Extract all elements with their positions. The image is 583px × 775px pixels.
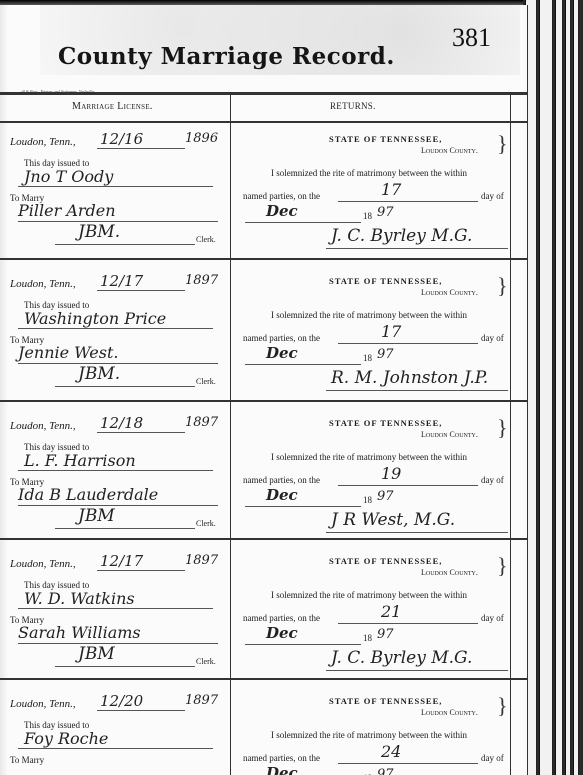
year-prefix: 18 bbox=[363, 353, 372, 363]
return-year: 97 bbox=[377, 205, 394, 220]
license-year: 1897 bbox=[185, 415, 218, 430]
groom-name: Foy Roche bbox=[24, 729, 108, 748]
groom-name: Washington Price bbox=[24, 309, 166, 328]
license-place: Loudon, Tenn., bbox=[10, 420, 76, 432]
officiant-signature: J R West, M.G. bbox=[331, 510, 455, 530]
license-section: Loudon, Tenn., 12/16 1896 This day issue… bbox=[0, 118, 230, 258]
marriage-record: Loudon, Tenn., 12/17 1897 This day issue… bbox=[0, 260, 510, 400]
clerk-label: Clerk. bbox=[196, 657, 216, 666]
state-label: STATE OF TENNESSEE, bbox=[329, 276, 442, 286]
page-title: County Marriage Record. bbox=[58, 43, 395, 70]
marriage-record: Loudon, Tenn., 12/18 1897 This day issue… bbox=[0, 402, 510, 538]
officiant-signature: R. M. Johnston J.P. bbox=[331, 368, 488, 388]
returns-section: STATE OF TENNESSEE, Loudon County. } I s… bbox=[231, 402, 510, 538]
return-year: 97 bbox=[377, 627, 394, 642]
license-date: 12/18 bbox=[100, 414, 143, 432]
groom-name: W. D. Watkins bbox=[24, 589, 135, 608]
clerk-line bbox=[55, 666, 195, 667]
return-day: 21 bbox=[381, 602, 401, 621]
page-edge bbox=[539, 0, 553, 775]
month-line bbox=[245, 222, 361, 223]
return-day: 24 bbox=[381, 742, 401, 761]
state-label: STATE OF TENNESSEE, bbox=[329, 696, 442, 706]
license-year: 1897 bbox=[185, 693, 218, 708]
bride-line bbox=[18, 505, 218, 506]
named-parties-text: named parties, on the bbox=[243, 191, 320, 201]
right-margin-divider bbox=[510, 93, 511, 775]
record-page: County Marriage Record. 381 ...all & Bro… bbox=[0, 5, 528, 775]
brace-glyph: } bbox=[497, 131, 508, 157]
returns-section: STATE OF TENNESSEE, Loudon County. } I s… bbox=[231, 540, 510, 678]
groom-name: Jno T Oody bbox=[24, 167, 113, 186]
brace-glyph: } bbox=[497, 553, 508, 579]
license-place: Loudon, Tenn., bbox=[10, 278, 76, 290]
month-line bbox=[245, 364, 361, 365]
day-of-text: day of bbox=[481, 613, 504, 623]
bride-name: Piller Arden bbox=[18, 201, 116, 220]
county-label: Loudon County. bbox=[421, 146, 478, 155]
solemnized-text: I solemnized the rite of matrimony betwe… bbox=[271, 168, 467, 178]
brace-glyph: } bbox=[497, 415, 508, 441]
to-marry-label: To Marry bbox=[10, 755, 44, 765]
solemnized-text: I solemnized the rite of matrimony betwe… bbox=[271, 590, 467, 600]
named-parties-text: named parties, on the bbox=[243, 613, 320, 623]
state-label: STATE OF TENNESSEE, bbox=[329, 418, 442, 428]
signature-line bbox=[326, 670, 508, 671]
return-year: 97 bbox=[377, 347, 394, 362]
groom-line bbox=[18, 608, 213, 609]
year-prefix: 18 bbox=[363, 211, 372, 221]
returns-section: STATE OF TENNESSEE, Loudon County. } I s… bbox=[231, 260, 510, 400]
clerk-label: Clerk. bbox=[196, 377, 216, 386]
month-line bbox=[245, 644, 361, 645]
bride-name: Ida B Lauderdale bbox=[18, 485, 158, 504]
clerk-signature: JBM. bbox=[78, 364, 120, 384]
clerk-line bbox=[55, 528, 195, 529]
named-parties-text: named parties, on the bbox=[243, 333, 320, 343]
license-date: 12/17 bbox=[100, 272, 143, 290]
day-line bbox=[338, 763, 478, 764]
groom-line bbox=[18, 748, 213, 749]
return-day: 17 bbox=[381, 322, 401, 341]
solemnized-text: I solemnized the rite of matrimony betwe… bbox=[271, 310, 467, 320]
year-prefix: 18 bbox=[363, 495, 372, 505]
signature-line bbox=[326, 532, 508, 533]
marriage-record: Loudon, Tenn., 12/16 1896 This day issue… bbox=[0, 118, 510, 258]
return-month: Dec bbox=[266, 344, 298, 362]
license-date: 12/17 bbox=[100, 552, 143, 570]
marriage-record: Loudon, Tenn., 12/20 1897 This day issue… bbox=[0, 680, 510, 775]
clerk-signature: JBM. bbox=[78, 222, 120, 242]
license-place: Loudon, Tenn., bbox=[10, 698, 76, 710]
license-place: Loudon, Tenn., bbox=[10, 558, 76, 570]
day-line bbox=[338, 343, 478, 344]
returns-section: STATE OF TENNESSEE, Loudon County. } I s… bbox=[231, 680, 510, 775]
license-year: 1896 bbox=[185, 131, 218, 146]
month-line bbox=[245, 506, 361, 507]
column-header-returns: RETURNS. bbox=[330, 101, 376, 111]
day-of-text: day of bbox=[481, 753, 504, 763]
date-line bbox=[97, 570, 185, 571]
county-label: Loudon County. bbox=[421, 568, 478, 577]
return-month: Dec. bbox=[266, 764, 303, 775]
date-line bbox=[97, 432, 185, 433]
page-edge bbox=[573, 0, 579, 775]
license-date: 12/20 bbox=[100, 692, 143, 710]
return-year: 97 bbox=[377, 489, 394, 504]
county-label: Loudon County. bbox=[421, 288, 478, 297]
named-parties-text: named parties, on the bbox=[243, 475, 320, 485]
license-date: 12/16 bbox=[100, 130, 143, 148]
license-section: Loudon, Tenn., 12/20 1897 This day issue… bbox=[0, 680, 230, 775]
brace-glyph: } bbox=[497, 273, 508, 299]
year-prefix: 18 bbox=[363, 633, 372, 643]
clerk-signature: JBM bbox=[78, 506, 115, 526]
return-month: Dec bbox=[266, 202, 298, 220]
day-of-text: day of bbox=[481, 191, 504, 201]
page-edge bbox=[555, 0, 563, 775]
brace-glyph: } bbox=[497, 693, 508, 719]
groom-line bbox=[18, 186, 213, 187]
day-line bbox=[338, 623, 478, 624]
solemnized-text: I solemnized the rite of matrimony betwe… bbox=[271, 452, 467, 462]
clerk-label: Clerk. bbox=[196, 519, 216, 528]
groom-line bbox=[18, 328, 213, 329]
signature-line bbox=[326, 248, 508, 249]
groom-line bbox=[18, 470, 213, 471]
marriage-record: Loudon, Tenn., 12/17 1897 This day issue… bbox=[0, 540, 510, 678]
return-day: 17 bbox=[381, 180, 401, 199]
day-line bbox=[338, 201, 478, 202]
officiant-signature: J. C. Byrley M.G. bbox=[331, 226, 472, 246]
clerk-line bbox=[55, 386, 195, 387]
bride-name: Sarah Williams bbox=[18, 623, 141, 642]
day-of-text: day of bbox=[481, 475, 504, 485]
return-year: 97 bbox=[377, 767, 394, 775]
solemnized-text: I solemnized the rite of matrimony betwe… bbox=[271, 730, 467, 740]
bride-name: Jennie West. bbox=[18, 343, 119, 362]
bride-line bbox=[18, 643, 218, 644]
header-rule bbox=[0, 92, 527, 95]
column-header-license: Marriage License. bbox=[72, 101, 153, 112]
clerk-signature: JBM bbox=[78, 644, 115, 664]
return-day: 19 bbox=[381, 464, 401, 483]
license-section: Loudon, Tenn., 12/17 1897 This day issue… bbox=[0, 260, 230, 400]
groom-name: L. F. Harrison bbox=[24, 451, 136, 470]
return-month: Dec bbox=[266, 486, 298, 504]
page-stack-edges bbox=[523, 0, 583, 775]
page-number: 381 bbox=[452, 23, 491, 53]
page-edge bbox=[565, 0, 571, 775]
state-label: STATE OF TENNESSEE, bbox=[329, 134, 442, 144]
license-place: Loudon, Tenn., bbox=[10, 136, 76, 148]
state-label: STATE OF TENNESSEE, bbox=[329, 556, 442, 566]
clerk-label: Clerk. bbox=[196, 235, 216, 244]
day-line bbox=[338, 485, 478, 486]
county-label: Loudon County. bbox=[421, 708, 478, 717]
date-line bbox=[97, 710, 185, 711]
date-line bbox=[97, 290, 185, 291]
signature-line bbox=[326, 390, 508, 391]
license-section: Loudon, Tenn., 12/17 1897 This day issue… bbox=[0, 540, 230, 678]
license-year: 1897 bbox=[185, 273, 218, 288]
returns-section: STATE OF TENNESSEE, Loudon County. } I s… bbox=[231, 118, 510, 258]
officiant-signature: J. C. Byrley M.G. bbox=[331, 648, 472, 668]
license-section: Loudon, Tenn., 12/18 1897 This day issue… bbox=[0, 402, 230, 538]
named-parties-text: named parties, on the bbox=[243, 753, 320, 763]
date-line bbox=[97, 148, 185, 149]
clerk-line bbox=[55, 244, 195, 245]
license-year: 1897 bbox=[185, 553, 218, 568]
return-month: Dec bbox=[266, 624, 298, 642]
county-label: Loudon County. bbox=[421, 430, 478, 439]
day-of-text: day of bbox=[481, 333, 504, 343]
